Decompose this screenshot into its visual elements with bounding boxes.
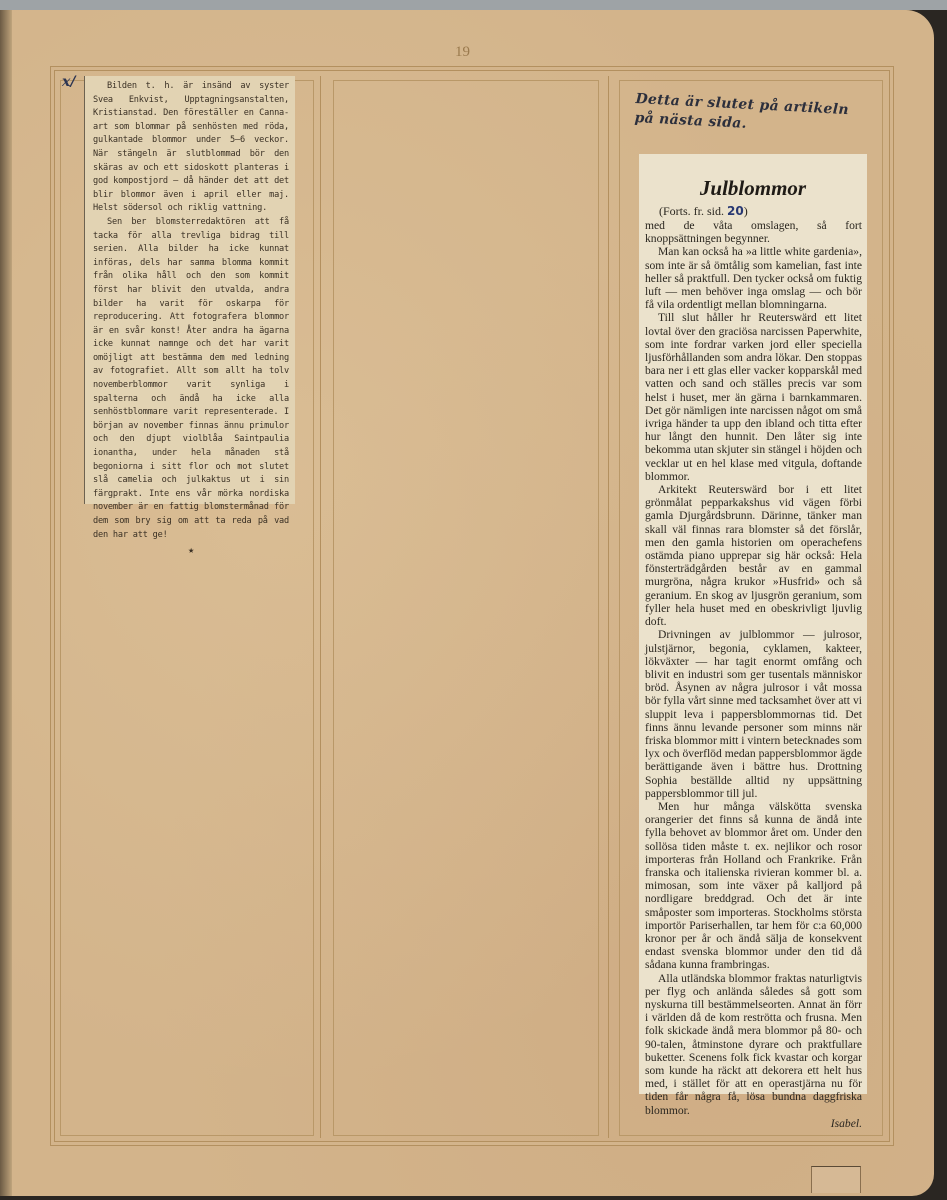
article-paragraph: Till slut håller hr Reuterswärd ett lite…	[645, 311, 862, 483]
book-spine	[0, 10, 12, 1196]
author-signature: Isabel.	[831, 1117, 862, 1130]
page-tab-cutout	[811, 1166, 861, 1193]
clipping-paragraph: Bilden t. h. är insänd av syster Svea En…	[93, 80, 289, 216]
scanner-edge	[0, 0, 947, 10]
article-paragraph: Men hur många välskötta svenska orangeri…	[645, 800, 862, 972]
article-continuation: (Forts. fr. sid. 20)	[659, 204, 867, 219]
article-paragraph: Arkitekt Reuterswärd bor i ett litet grö…	[645, 483, 862, 628]
handwritten-page-ref: 20	[727, 204, 744, 218]
article-paragraph: Drivningen av julblommor — julrosor, jul…	[645, 628, 862, 800]
article-paragraph: Alla utländska blommor fraktas naturligt…	[645, 972, 862, 1117]
article-paragraph: Man kan också ha »a little white gardeni…	[645, 245, 862, 311]
star-icon: ★	[93, 544, 289, 558]
margin-mark: x/	[62, 74, 75, 90]
julblommor-clipping: Julblommor (Forts. fr. sid. 20) med de v…	[639, 154, 867, 1094]
article-title: Julblommor	[639, 176, 867, 201]
clipping-paragraph: Sen ber blomsterredaktören att få tacka …	[93, 216, 289, 542]
article-paragraph: med de våta omslagen, så fort knoppsättn…	[645, 219, 862, 245]
column-divider-2	[608, 76, 609, 1138]
column-divider-1	[320, 76, 321, 1138]
page-number: 19	[455, 44, 470, 61]
middle-panel-empty	[333, 80, 599, 1136]
left-clipping: Bilden t. h. är insänd av syster Svea En…	[84, 76, 295, 504]
